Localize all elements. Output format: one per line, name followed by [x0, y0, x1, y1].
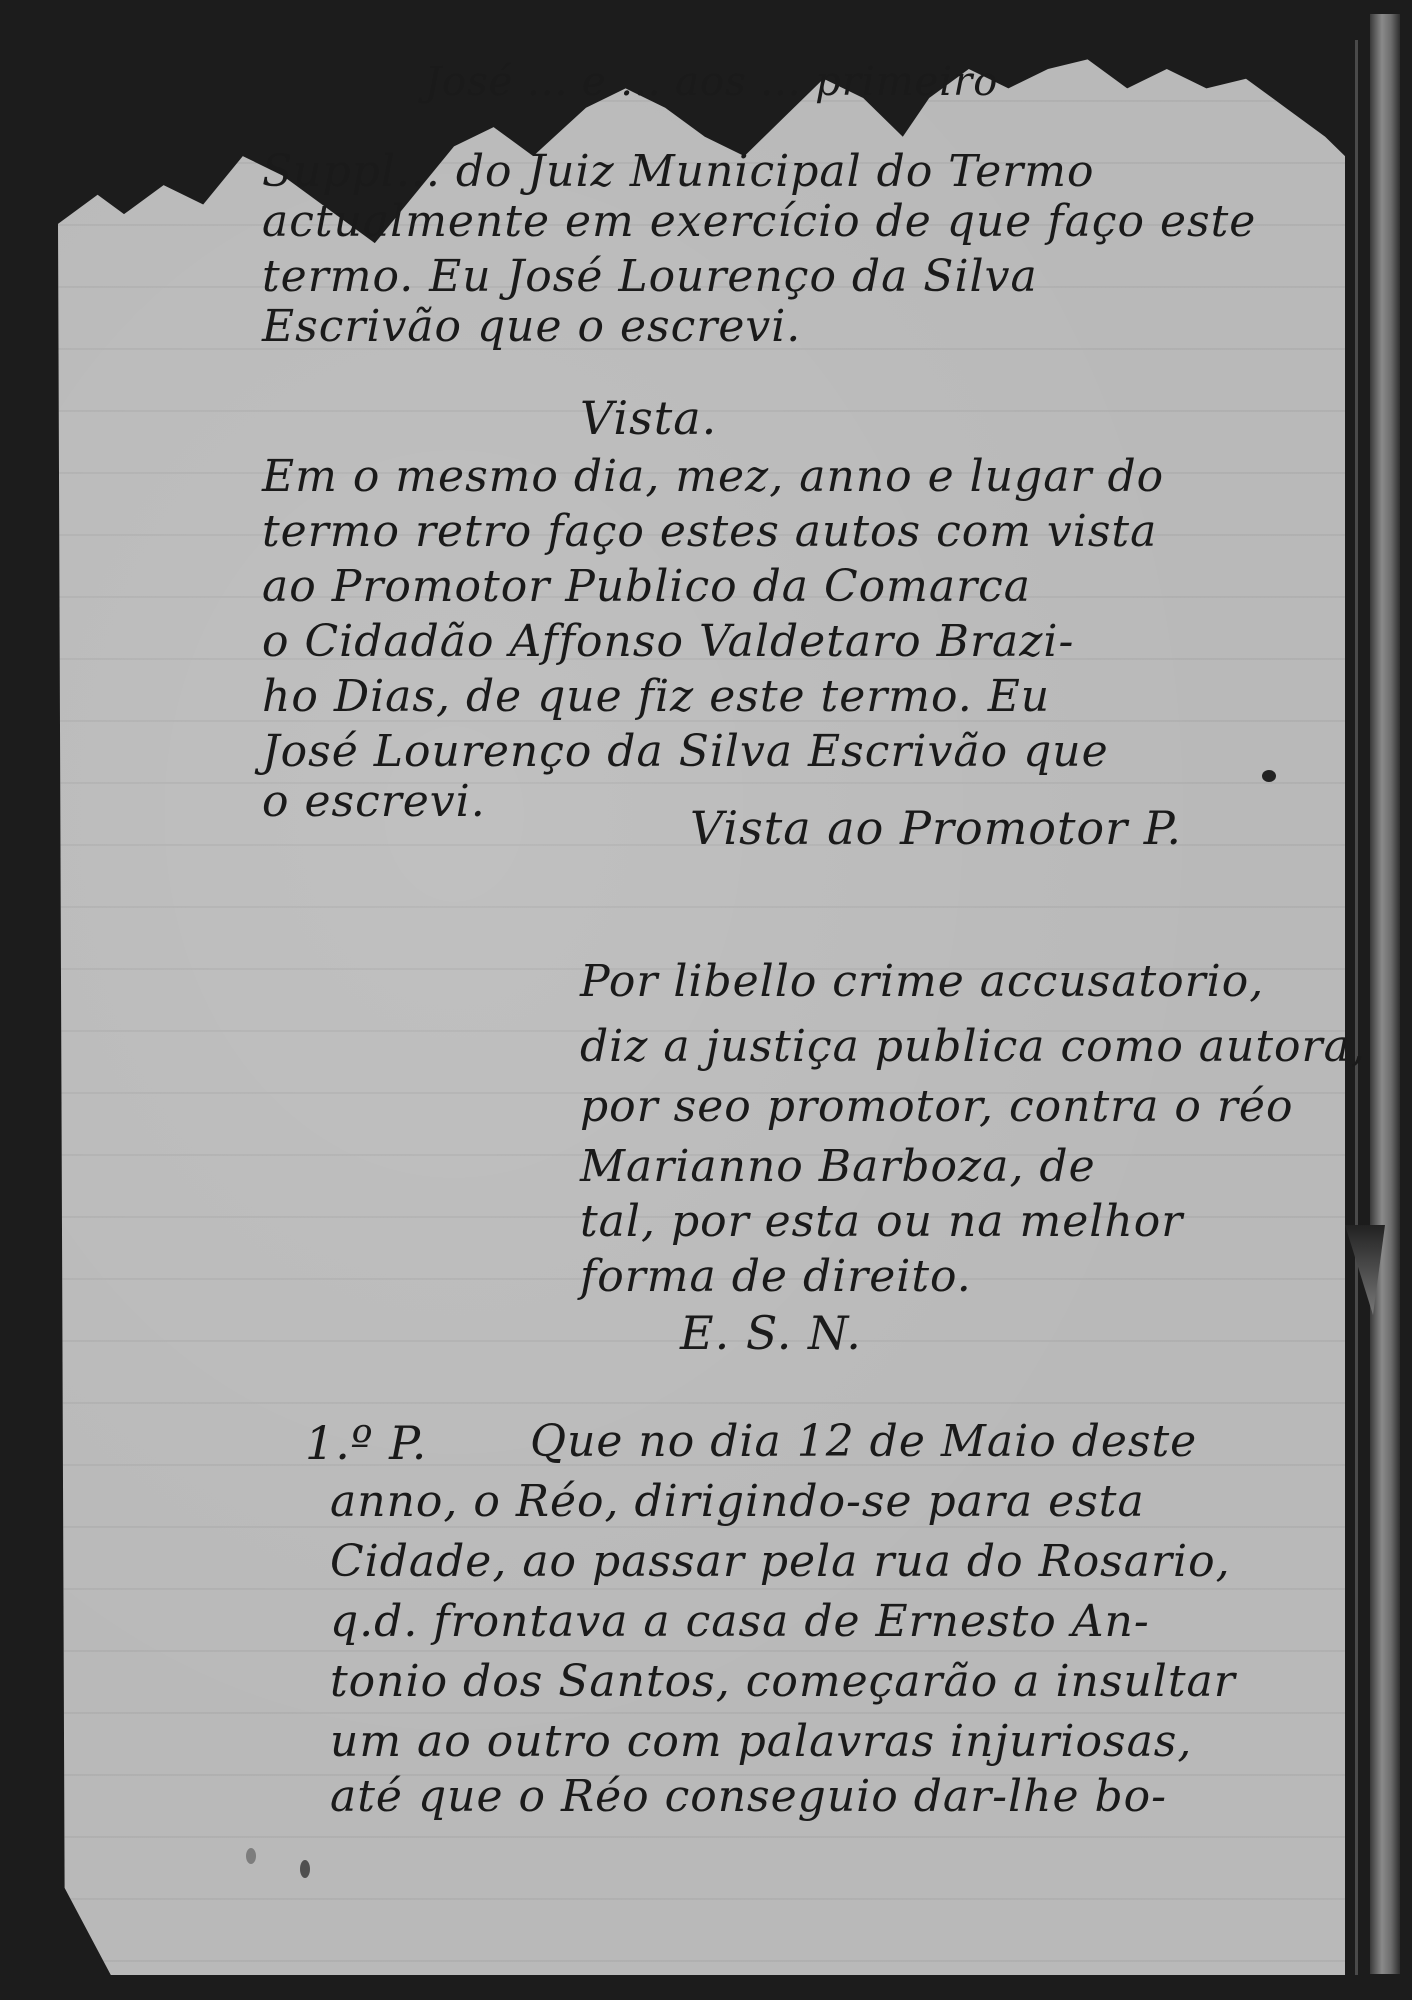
article-1-line-1: Que no dia 12 de Maio deste: [530, 1420, 1197, 1464]
vista-line-1: Em o mesmo dia, mez, anno e lugar do: [262, 455, 1164, 499]
article-1-line-4: q.d. frontava a casa de Ernesto An-: [330, 1600, 1150, 1644]
libelo-line-4: Marianno Barboza, de: [580, 1145, 1096, 1189]
article-1-label: 1.º P.: [305, 1420, 427, 1466]
handwriting-layer: José ... e ... aos ... primeiro Suppl...…: [0, 0, 1412, 2000]
libelo-line-3: por seo promotor, contra o réo: [580, 1085, 1293, 1129]
fragment-line-1: José ... e ... aos ... primeiro: [425, 62, 998, 102]
vista-signature: Vista ao Promotor P.: [690, 805, 1182, 851]
vista-line-5: ho Dias, de que fiz este termo. Eu: [262, 675, 1050, 719]
libelo-line-6: forma de direito.: [580, 1255, 972, 1299]
article-1-line-2: anno, o Réo, dirigindo-se para esta: [330, 1480, 1145, 1524]
article-1-line-5: tonio dos Santos, começarão a insultar: [330, 1660, 1236, 1704]
article-1-line-6: um ao outro com palavras injuriosas,: [330, 1720, 1192, 1764]
article-1-line-3: Cidade, ao passar pela rua do Rosario,: [330, 1540, 1231, 1584]
vista-line-6: José Lourenço da Silva Escrivão que: [262, 730, 1109, 774]
vista-line-7: o escrevi.: [262, 780, 486, 824]
fragment-line-2: Suppl... do Juiz Municipal do Termo: [262, 150, 1095, 194]
libelo-line-1: Por libello crime accusatorio,: [580, 960, 1264, 1004]
vista-heading: Vista.: [580, 395, 717, 441]
article-1-line-7: até que o Réo conseguio dar-lhe bo-: [330, 1775, 1167, 1819]
vista-line-4: o Cidadão Affonso Valdetaro Brazi-: [262, 620, 1074, 664]
fragment-line-4: termo. Eu José Lourenço da Silva: [262, 255, 1038, 299]
libelo-line-2: diz a justiça publica como autora,: [580, 1025, 1366, 1069]
libelo-line-5: tal, por esta ou na melhor: [580, 1200, 1183, 1244]
fragment-line-5: Escrivão que o escrevi.: [262, 305, 801, 349]
libelo-abbreviation: E. S. N.: [680, 1310, 862, 1356]
vista-line-2: termo retro faço estes autos com vista: [262, 510, 1157, 554]
vista-line-3: ao Promotor Publico da Comarca: [262, 565, 1031, 609]
ink-blot: [1262, 770, 1276, 782]
ink-smudge: [300, 1860, 310, 1878]
ink-smudge: [246, 1848, 256, 1864]
fragment-line-3: actualmente em exercício de que faço est…: [262, 200, 1256, 244]
